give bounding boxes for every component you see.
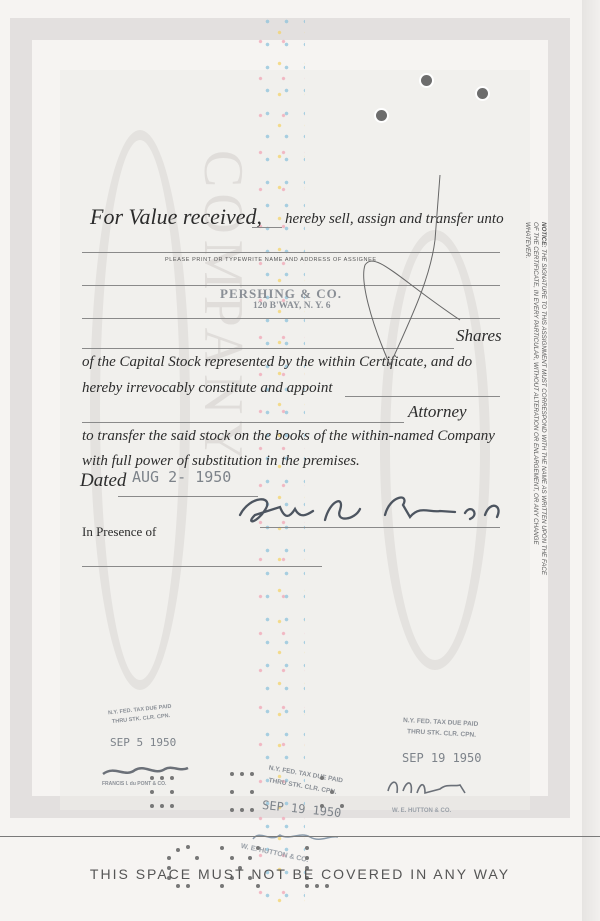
- perforation-dot: [330, 790, 334, 794]
- perforation-dot: [325, 884, 329, 888]
- certificate-back: COMPANY For Value received, hereby sell,…: [0, 0, 600, 921]
- perforation-dot: [250, 808, 254, 812]
- perforation-dot: [305, 856, 309, 860]
- perforation-dot: [150, 790, 154, 794]
- attorney-label: Attorney: [408, 402, 467, 422]
- witness-line: [82, 566, 322, 567]
- perforation-dot: [186, 845, 190, 849]
- dated-label: Dated: [80, 470, 126, 492]
- pencil-checkmark: [330, 170, 470, 370]
- perforation-dot: [248, 856, 252, 860]
- in-presence-of-label: In Presence of: [82, 524, 156, 540]
- attorney-line: [82, 422, 404, 423]
- perforation-dot: [170, 776, 174, 780]
- perforation-dot: [240, 808, 244, 812]
- constitute-appoint-text: hereby irrevocably constitute and appoin…: [82, 380, 333, 397]
- for-value-received-text: For Value received,: [90, 204, 262, 230]
- perforation-dot: [170, 804, 174, 808]
- perforation-dot: [305, 884, 309, 888]
- notice-text: NOTICE: THE SIGNATURE TO THIS ASSIGNMENT…: [523, 222, 547, 582]
- perforation-dot: [220, 846, 224, 850]
- dated-stamp: AUG 2- 1950: [132, 468, 231, 486]
- perforation-dot: [170, 790, 174, 794]
- signature-line: [260, 527, 500, 528]
- perforation-dot: [230, 772, 234, 776]
- bottom-divider: [0, 836, 600, 837]
- tax-stamp-footer: FRANCIS I. du PONT & CO.: [102, 782, 166, 787]
- perforation-dot: [220, 884, 224, 888]
- perforation-dot: [240, 772, 244, 776]
- assignee-stamp-address: 120 B'WAY, N. Y. 6: [253, 302, 331, 312]
- tax-stamp-date: SEP 5 1950: [110, 736, 176, 749]
- perforation-dot: [315, 884, 319, 888]
- punch-hole: [376, 110, 387, 121]
- appoint-line: [345, 396, 500, 397]
- perforation-dot: [230, 808, 234, 812]
- footer-warning: THIS SPACE MUST NOT BE COVERED IN ANY WA…: [0, 866, 600, 882]
- perforation-dot: [186, 884, 190, 888]
- perforation-dot: [176, 848, 180, 852]
- perforation-dot: [305, 846, 309, 850]
- perforation-dot: [230, 790, 234, 794]
- punch-hole: [421, 75, 432, 86]
- punch-hole: [477, 88, 488, 99]
- tax-stamp-date: SEP 19 1950: [402, 751, 481, 765]
- perforation-dot: [150, 776, 154, 780]
- tax-stamp-signature: [385, 775, 485, 799]
- notice-body: THE SIGNATURE TO THIS ASSIGNMENT MUST CO…: [524, 222, 547, 575]
- perforation-dot: [160, 776, 164, 780]
- perforation-dot: [176, 884, 180, 888]
- perforation-dot: [150, 804, 154, 808]
- notice-title: NOTICE:: [540, 222, 547, 247]
- amount-blank-line: [252, 227, 282, 228]
- tax-stamp-signature: [100, 760, 190, 780]
- watermark-company-text: COMPANY: [191, 150, 255, 467]
- perforation-dot: [320, 776, 324, 780]
- paper-edge: [582, 0, 600, 921]
- perforation-dot: [160, 804, 164, 808]
- perforation-dot: [250, 790, 254, 794]
- perforation-dot: [256, 884, 260, 888]
- tax-stamp-footer: W. E. HUTTON & CO.: [392, 808, 451, 814]
- perforation-dot: [195, 856, 199, 860]
- transfer-stock-text: to transfer the said stock on the books …: [82, 428, 495, 445]
- perforation-dot: [340, 804, 344, 808]
- perforation-dot: [250, 772, 254, 776]
- perforation-dot: [230, 856, 234, 860]
- perforation-dot: [320, 804, 324, 808]
- assignee-stamp-name: PERSHING & CO.: [220, 287, 342, 300]
- perforation-dot: [167, 856, 171, 860]
- perforation-dot: [256, 846, 260, 850]
